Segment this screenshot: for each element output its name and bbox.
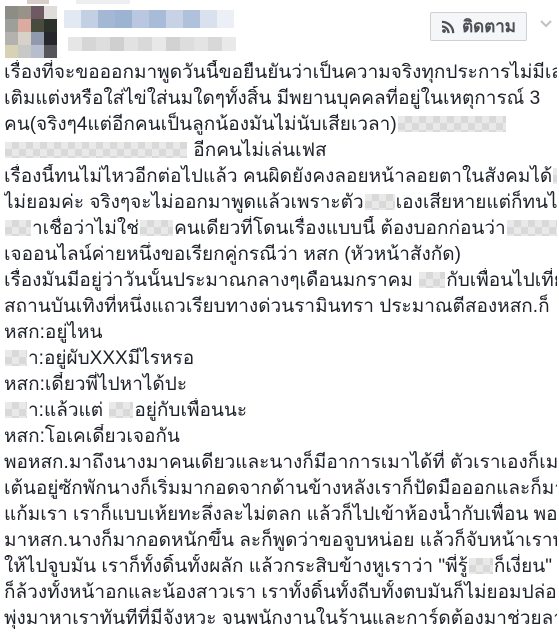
post-text-line: หสก:โอเคเดี๋ยวเจอกัน <box>4 424 557 450</box>
avatar-pixel <box>18 19 31 32</box>
post-text-segment: ไม่ยอมค่ะ จริงๆจะไม่ออกมาพูดแล้วเพราะตัว <box>4 192 364 213</box>
redacted-text <box>5 350 27 366</box>
redacted-text <box>5 402 27 418</box>
name-pixel <box>166 10 183 28</box>
redacted-text <box>365 194 395 210</box>
redacted-text <box>469 558 493 574</box>
post-text-line: ให้ไปจูบมัน เราก็ทั้งดิ้นทั้งผลัก แล้วกร… <box>4 554 557 580</box>
avatar-pixel <box>31 6 44 19</box>
redacted-text <box>419 272 445 288</box>
avatar-pixel <box>5 19 18 32</box>
post-text-line: พอหสก.มาถึงนางมาคนเดียวและนางก็มีอาการเม… <box>4 450 557 476</box>
post-text-segment: า:อยู่ผับXXXมีไรหรอ <box>28 348 194 369</box>
redacted-text <box>398 116 506 132</box>
post-text-line: อีกคนไม่เล่นเฟส <box>4 138 557 164</box>
post-text-segment: หสก:อยู่ไหน <box>4 322 103 343</box>
avatar-pixel <box>5 45 18 58</box>
avatar-pixel <box>31 45 44 58</box>
post-text-line: า:อยู่ผับXXXมีไรหรอ <box>4 346 557 372</box>
post-text-segment: เรื่องที่จะขอออกมาพูดวันนี้ขอยืนยันว่าเป… <box>4 62 557 83</box>
avatar[interactable] <box>5 6 57 58</box>
post-text-segment: อีกคนไม่เล่นเฟส <box>188 140 327 161</box>
post-text-segment: าเชื่อว่าไม่ใช่ <box>32 218 139 239</box>
meta-pixel <box>208 37 222 51</box>
redacted-text <box>5 220 31 236</box>
name-pixel <box>149 10 166 28</box>
name-pixel <box>115 10 132 28</box>
post-text-segment: เรื่องนี้ทนไม่ไหวอีกต่อไปแล้ว คนผิดยังคง… <box>4 166 552 187</box>
avatar-pixel <box>5 32 18 45</box>
post-text-segment: อยู่กับเพื่อนนะ <box>134 400 247 421</box>
post-text-line: สถานบันเทิงที่หนึ่งแถวเรียบทางด่วนรามินท… <box>4 294 557 320</box>
post-text-line: าเชื่อว่าไม่ใช่คนเดียวที่โดนเรื่องแบบนี้… <box>4 216 557 242</box>
name-pixel <box>200 10 217 28</box>
post-text-segment: หสก:เดี๋ยวพี่ไปหาได้ปะ <box>4 374 187 395</box>
redacted-text <box>507 220 557 236</box>
cropped-ui-redaction <box>76 0 130 4</box>
avatar-pixel <box>44 32 57 45</box>
name-pixel <box>132 10 149 28</box>
avatar-pixel <box>18 32 31 45</box>
post-text-segment: เรื่องมันมีอยู่ว่าวันนั้นประมาณกลางๆเดือ… <box>4 270 418 291</box>
avatar-pixel <box>44 6 57 19</box>
avatar-pixel <box>18 45 31 58</box>
redacted-text <box>140 220 173 236</box>
post-header: ติดตาม <box>0 0 559 60</box>
post-text-line: เติมแต่งหรือใส่ไข่ใส่นมใดๆทั้งสิ้น มีพยา… <box>4 86 557 112</box>
name-pixel <box>217 10 234 28</box>
post-text-line: เรื่องนี้ทนไม่ไหวอีกต่อไปแล้ว คนผิดยังคง… <box>4 164 557 190</box>
post-text-line: แก้มเรา เราก็แบบเห้ยทะลึ่งละไม่ตลก แล้วก… <box>4 502 557 528</box>
meta-pixel <box>152 37 166 51</box>
post-text-segment: เจออนไลน์ค่ายหนึ่งขอเรียกคู่กรณีว่า หสก … <box>4 244 461 265</box>
post-text-segment: หสก:โอเคเดี๋ยวเจอกัน <box>4 426 180 447</box>
post-text-segment: พุ่งมาหาเราทันทีที่มีจังหวะ จนพนักงานในร… <box>4 608 557 629</box>
post-text: เรื่องที่จะขอออกมาพูดวันนี้ขอยืนยันว่าเป… <box>4 60 557 632</box>
meta-pixel <box>138 37 152 51</box>
rss-broadcast-icon <box>441 19 456 34</box>
post-text-segment: กับเพื่อนไปเที่ยว <box>446 270 557 291</box>
redacted-text <box>553 168 557 184</box>
name-pixel <box>98 10 115 28</box>
post-text-line: เรื่องมันมีอยู่ว่าวันนั้นประมาณกลางๆเดือ… <box>4 268 557 294</box>
meta-pixel <box>194 37 208 51</box>
post-text-segment: คน(จริงๆ4แต่อีกคนเป็นลูกน้องมันไม่นับเสี… <box>4 114 397 135</box>
name-pixel <box>183 10 200 28</box>
meta-pixel <box>222 37 236 51</box>
post-text-line: ก็ล้วงทั้งหน้าอกและน้องสาวเรา เราทั้งดิ้… <box>4 580 557 606</box>
meta-pixel <box>124 37 138 51</box>
meta-pixel <box>110 37 124 51</box>
post-text-line: มาหสก.นางก็มากอดหนักขึ้น ละก็พูดว่าขอจูบ… <box>4 528 557 554</box>
follow-button-label: ติดตาม <box>462 13 516 40</box>
post-text-line: เจออนไลน์ค่ายหนึ่งขอเรียกคู่กรณีว่า หสก … <box>4 242 557 268</box>
post-text-line: ไม่ยอมค่ะ จริงๆจะไม่ออกมาพูดแล้วเพราะตัว… <box>4 190 557 216</box>
redacted-text <box>109 402 133 418</box>
post-text-line: หสก:อยู่ไหน <box>4 320 557 346</box>
facebook-post: ติดตาม เรื่องที่จะขอออกมาพูดวันนี้ขอยืนย… <box>0 0 559 632</box>
post-text-line: คน(จริงๆ4แต่อีกคนเป็นลูกน้องมันไม่นับเสี… <box>4 112 557 138</box>
post-text-segment: สถานบันเทิงที่หนึ่งแถวเรียบทางด่วนรามินท… <box>4 296 550 317</box>
post-text-segment: เต้นอยู่ซักพักนางก็เริ่มมากอดจากด้านข้าง… <box>4 478 557 499</box>
avatar-pixel <box>18 6 31 19</box>
follow-button[interactable]: ติดตาม <box>430 12 527 41</box>
post-text-line: เต้นอยู่ซักพักนางก็เริ่มมากอดจากด้านข้าง… <box>4 476 557 502</box>
post-text-segment: เติมแต่งหรือใส่ไข่ใส่นมใดๆทั้งสิ้น มีพยา… <box>4 88 540 109</box>
cropped-ui-redaction <box>27 0 49 4</box>
post-text-segment: แก้มเรา เราก็แบบเห้ยทะลึ่งละไม่ตลก แล้วก… <box>4 504 557 525</box>
chevron-down-icon[interactable] <box>538 17 554 29</box>
meta-pixel <box>68 37 82 51</box>
name-pixel <box>64 10 81 28</box>
post-text-segment: ก็เงี่ยน" แล้ว <box>494 556 557 577</box>
post-text-segment: เองเสียหายแต่ก็ทนไม่ไหว <box>396 192 557 213</box>
post-text-line: า:แล้วแต่ อยู่กับเพื่อนนะ <box>4 398 557 424</box>
post-text-segment: คนเดียวที่โดนเรื่องแบบนี้ ต้องบอกก่อนว่า <box>174 218 506 239</box>
name-pixel <box>81 10 98 28</box>
avatar-pixel <box>5 6 18 19</box>
avatar-pixel <box>31 19 44 32</box>
post-text-segment: ให้ไปจูบมัน เราก็ทั้งดิ้นทั้งผลัก แล้วกร… <box>4 556 468 577</box>
meta-pixel <box>166 37 180 51</box>
meta-pixel <box>180 37 194 51</box>
post-text-line: หสก:เดี๋ยวพี่ไปหาได้ปะ <box>4 372 557 398</box>
post-text-segment: ก็ล้วงทั้งหน้าอกและน้องสาวเรา เราทั้งดิ้… <box>4 582 557 603</box>
meta-pixel <box>82 37 96 51</box>
avatar-pixel <box>44 19 57 32</box>
redacted-text <box>5 142 187 158</box>
post-meta-redacted <box>68 37 236 51</box>
meta-pixel <box>96 37 110 51</box>
avatar-pixel <box>31 32 44 45</box>
post-text-line: พุ่งมาหาเราทันทีที่มีจังหวะ จนพนักงานในร… <box>4 606 557 632</box>
post-text-segment: พอหสก.มาถึงนางมาคนเดียวและนางก็มีอาการเม… <box>4 452 557 473</box>
post-text-segment: มาหสก.นางก็มากอดหนักขึ้น ละก็พูดว่าขอจูบ… <box>4 530 557 551</box>
post-text-segment: า:แล้วแต่ <box>28 400 108 421</box>
user-name-redacted[interactable] <box>64 10 234 28</box>
avatar-pixel <box>44 45 57 58</box>
post-text-line: เรื่องที่จะขอออกมาพูดวันนี้ขอยืนยันว่าเป… <box>4 60 557 86</box>
